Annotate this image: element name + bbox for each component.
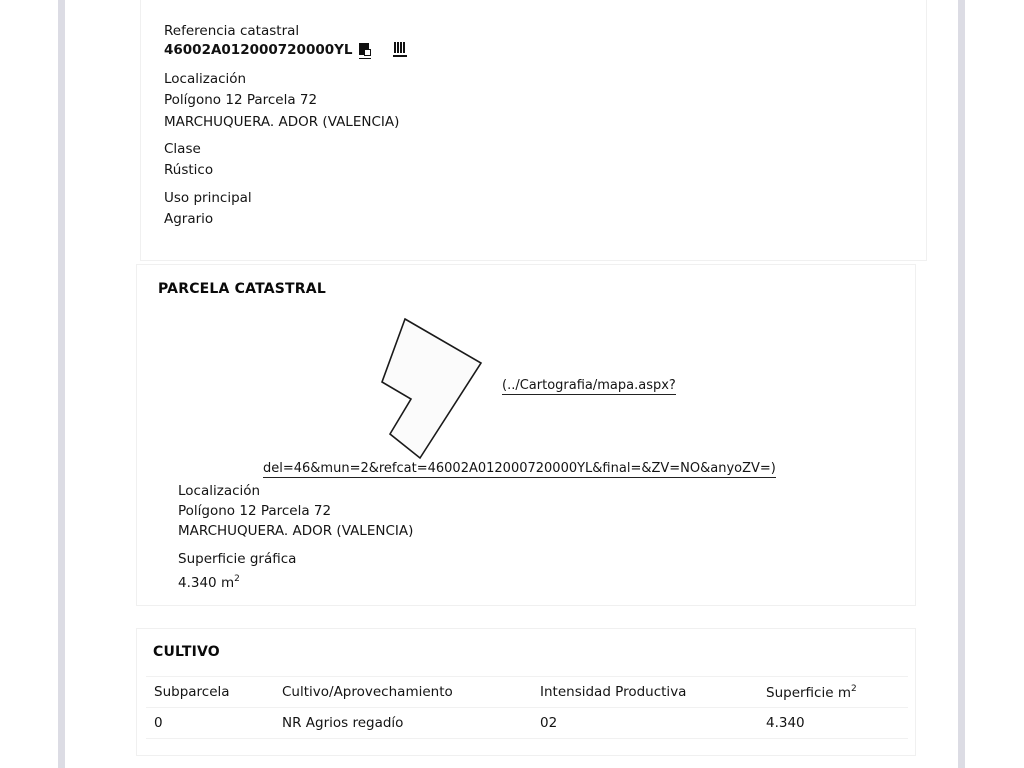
referencia-value: 46002A012000720000YL (164, 42, 353, 58)
page-edge-right (958, 0, 965, 768)
clase-label: Clase (164, 140, 201, 158)
referencia-row: 46002A012000720000YL (164, 42, 407, 58)
document-page: Referencia catastral 46002A012000720000Y… (0, 0, 1024, 768)
localizacion-line1: Polígono 12 Parcela 72 (164, 91, 317, 109)
page-edge-left (58, 0, 65, 768)
cultivo-table: Subparcela Cultivo/Aprovechamiento Inten… (146, 676, 908, 739)
localizacion-label: Localización (164, 70, 246, 88)
map-link-part1[interactable]: (../Cartografia/mapa.aspx? (502, 378, 676, 395)
col-superficie: Superficie m2 (758, 677, 908, 708)
localizacion-line2: MARCHUQUERA. ADOR (VALENCIA) (164, 113, 399, 131)
superficie-grafica-label: Superficie gráfica (178, 550, 296, 568)
uso-value: Agrario (164, 210, 213, 228)
uso-label: Uso principal (164, 189, 252, 207)
col-intensidad: Intensidad Productiva (532, 677, 758, 708)
superficie-grafica-value: 4.340 m2 (178, 570, 240, 592)
parcela-title: PARCELA CATASTRAL (158, 281, 326, 297)
referencia-label: Referencia catastral (164, 22, 299, 40)
cell-intensidad: 02 (532, 708, 758, 739)
parcel-outline-image[interactable] (376, 314, 488, 462)
parcela-localizacion-line1: Polígono 12 Parcela 72 (178, 502, 331, 520)
col-cultivo: Cultivo/Aprovechamiento (274, 677, 532, 708)
barcode-icon[interactable] (393, 42, 407, 58)
col-subparcela: Subparcela (146, 677, 274, 708)
cell-superficie: 4.340 (758, 708, 908, 739)
cultivo-header-row: Subparcela Cultivo/Aprovechamiento Inten… (146, 677, 908, 708)
parcela-localizacion-line2: MARCHUQUERA. ADOR (VALENCIA) (178, 522, 413, 540)
cell-cultivo: NR Agrios regadío (274, 708, 532, 739)
cell-subparcela: 0 (146, 708, 274, 739)
parcela-localizacion-label: Localización (178, 482, 260, 500)
copy-document-icon[interactable] (359, 43, 371, 57)
clase-value: Rústico (164, 161, 213, 179)
table-row: 0 NR Agrios regadío 02 4.340 (146, 708, 908, 739)
map-link-part2[interactable]: del=46&mun=2&refcat=46002A012000720000YL… (263, 461, 776, 478)
cultivo-title: CULTIVO (153, 644, 220, 660)
